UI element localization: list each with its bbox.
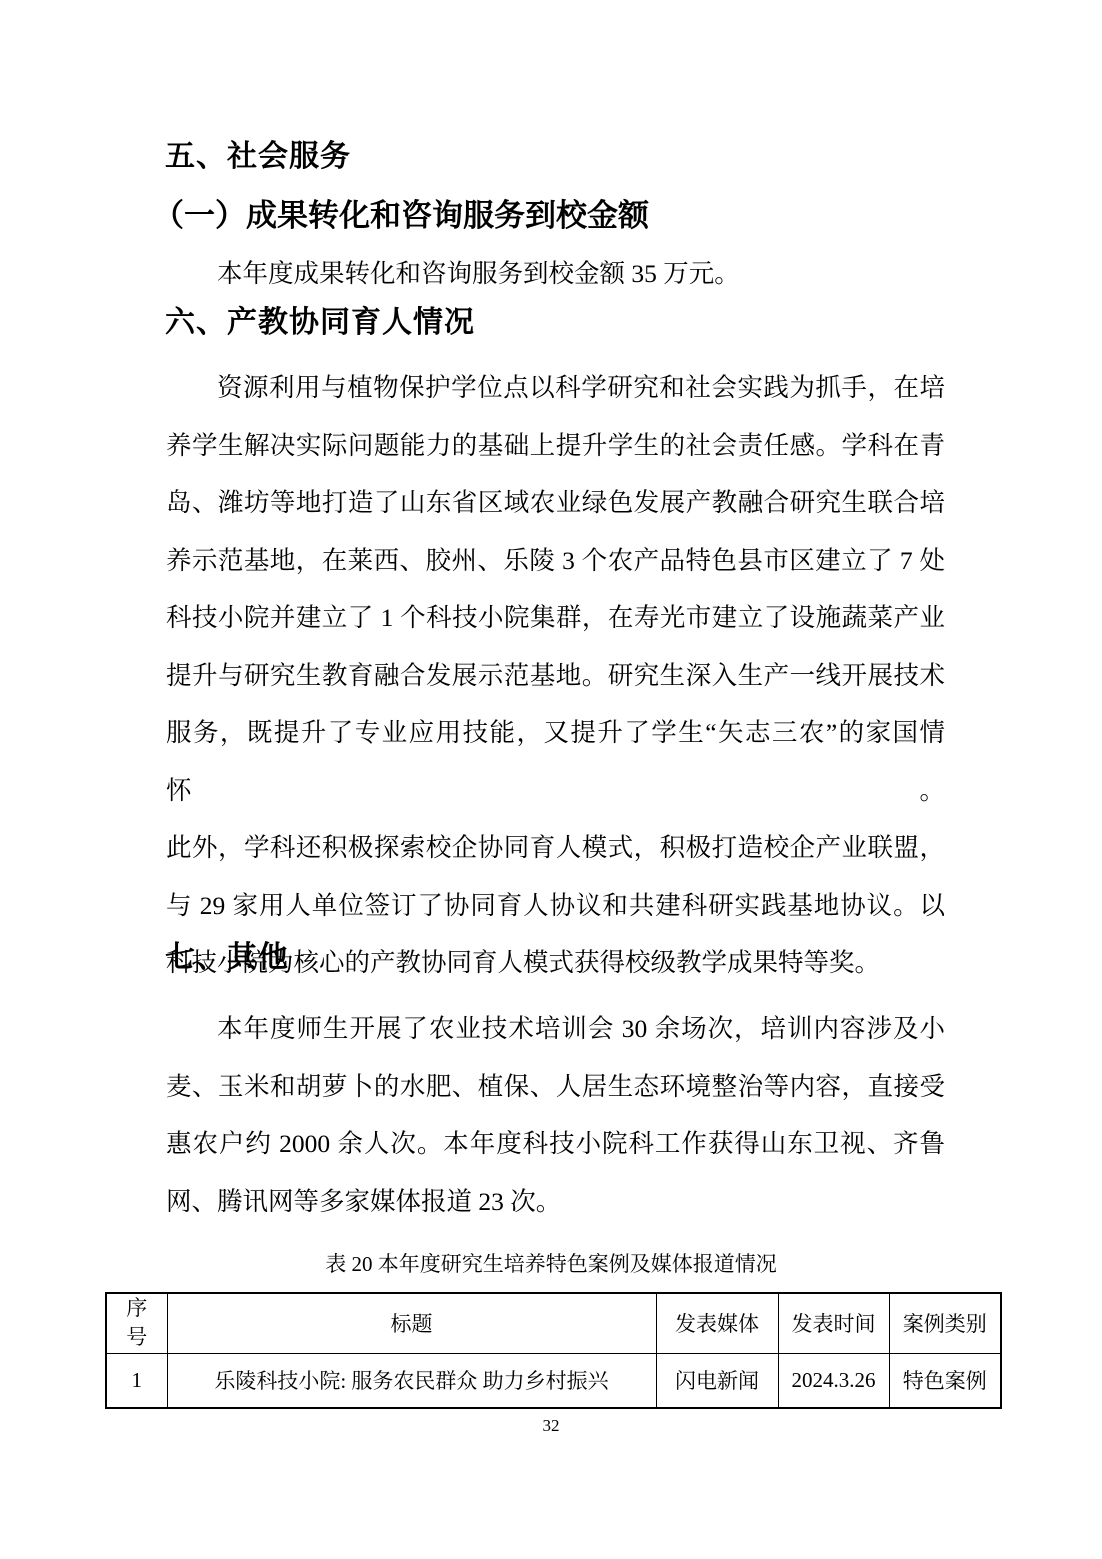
heading-section-7: 七、其他 (165, 939, 289, 977)
paragraph-section-6: 资源利用与植物保护学位点以科学研究和社会实践为抓手，在培 养学生解决实际问题能力… (166, 359, 945, 992)
text-line: 提升与研究生教育融合发展示范基地。研究生深入生产一线开展技术 (166, 647, 945, 705)
text-line: 本年度师生开展了农业技术培训会 30 余场次，培训内容涉及小 (166, 1000, 945, 1058)
table-header-date: 发表时间 (778, 1293, 889, 1353)
page-number: 32 (0, 1416, 1102, 1436)
text-line: 此外，学科还积极探索校企协同育人模式，积极打造校企产业联盟， (166, 819, 945, 877)
heading-section-6: 六、产教协同育人情况 (165, 304, 475, 342)
paragraph-service-amount: 本年度成果转化和咨询服务到校金额 35 万元。 (166, 252, 945, 296)
text-line: 养学生解决实际问题能力的基础上提升学生的社会责任感。学科在青 (166, 417, 945, 475)
table-cell-date: 2024.3.26 (778, 1353, 889, 1408)
report-table: 序号 标题 发表媒体 发表时间 案例类别 1 乐陵科技小院: 服务农民群众 助力… (105, 1292, 1002, 1409)
table-header-title: 标题 (167, 1293, 656, 1353)
text-line: 本年度成果转化和咨询服务到校金额 35 万元。 (166, 252, 945, 296)
table-cell-media: 闪电新闻 (656, 1353, 778, 1408)
heading-section-5-sub: （一）成果转化和咨询服务到校金额 (153, 194, 649, 238)
table-cell-category: 特色案例 (889, 1353, 1001, 1408)
text-line: 岛、潍坊等地打造了山东省区域农业绿色发展产教融合研究生联合培 (166, 474, 945, 532)
table-row: 1 乐陵科技小院: 服务农民群众 助力乡村振兴 闪电新闻 2024.3.26 特… (106, 1353, 1001, 1408)
heading-section-5: 五、社会服务 (165, 138, 351, 176)
table-cell-seq: 1 (106, 1353, 167, 1408)
text-line: 网、腾讯网等多家媒体报道 23 次。 (166, 1173, 945, 1231)
table-header-media: 发表媒体 (656, 1293, 778, 1353)
table-header-row: 序号 标题 发表媒体 发表时间 案例类别 (106, 1293, 1001, 1353)
text-line: 科技小院并建立了 1 个科技小院集群，在寿光市建立了设施蔬菜产业 (166, 589, 945, 647)
document-page: 五、社会服务 （一）成果转化和咨询服务到校金额 本年度成果转化和咨询服务到校金额… (0, 0, 1102, 1559)
text-line: 养示范基地，在莱西、胶州、乐陵 3 个农产品特色县市区建立了 7 处 (166, 532, 945, 590)
table-header-category: 案例类别 (889, 1293, 1001, 1353)
table-caption: 表 20 本年度研究生培养特色案例及媒体报道情况 (0, 1250, 1102, 1278)
text-line: 服务，既提升了专业应用技能，又提升了学生“矢志三农”的家国情怀。 (166, 704, 945, 819)
table-cell-title: 乐陵科技小院: 服务农民群众 助力乡村振兴 (167, 1353, 656, 1408)
text-line: 麦、玉米和胡萝卜的水肥、植保、人居生态环境整治等内容，直接受 (166, 1058, 945, 1116)
table-header-seq: 序号 (106, 1293, 167, 1353)
text-line: 与 29 家用人单位签订了协同育人协议和共建科研实践基地协议。以 (166, 877, 945, 935)
paragraph-section-7: 本年度师生开展了农业技术培训会 30 余场次，培训内容涉及小 麦、玉米和胡萝卜的… (166, 1000, 945, 1230)
text-line: 资源利用与植物保护学位点以科学研究和社会实践为抓手，在培 (166, 359, 945, 417)
text-line: 惠农户约 2000 余人次。本年度科技小院科工作获得山东卫视、齐鲁 (166, 1115, 945, 1173)
